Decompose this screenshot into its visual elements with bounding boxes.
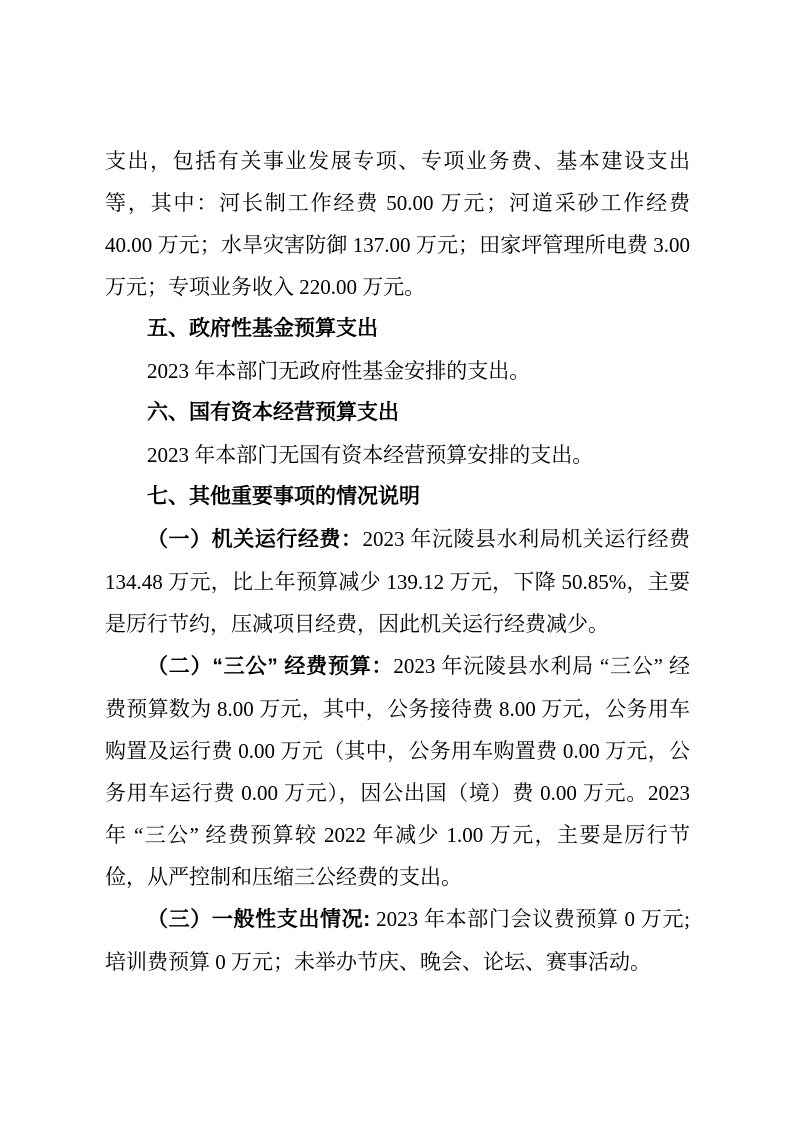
paragraph-three-public-funds-budget: （二）“三公” 经费预算：2023 年沅陵县水利局 “三公” 经费预算数为 8.… [105,645,690,898]
paragraph-state-capital-budget: 2023 年本部门无国有资本经营预算安排的支出。 [105,434,690,476]
lead-general-expenditure: （三）一般性支出情况: [147,908,370,931]
heading-section-five-gov-fund-budget: 五、政府性基金预算支出 [105,308,690,350]
paragraph-project-expenditure-detail: 支出，包括有关事业发展专项、专项业务费、基本建设支出等，其中：河长制工作经费 5… [105,140,690,308]
document-body: 支出，包括有关事业发展专项、专项业务费、基本建设支出等，其中：河长制工作经费 5… [105,140,690,983]
text-three-public-funds-budget: 2023 年沅陵县水利局 “三公” 经费预算数为 8.00 万元，其中，公务接待… [105,654,690,889]
paragraph-agency-operating-funds: （一）机关运行经费：2023 年沅陵县水利局机关运行经费 134.48 万元，比… [105,518,690,645]
heading-section-seven-other-important-matters: 七、其他重要事项的情况说明 [105,476,690,518]
lead-agency-operating-funds: （一）机关运行经费： [147,528,363,551]
lead-three-public-funds-budget: （二）“三公” 经费预算： [147,655,393,678]
paragraph-general-expenditure: （三）一般性支出情况: 2023 年本部门会议费预算 0 万元;培训费预算 0 … [105,898,690,983]
heading-section-six-state-capital-budget: 六、国有资本经营预算支出 [105,392,690,434]
document-page: 支出，包括有关事业发展专项、专项业务费、基本建设支出等，其中：河长制工作经费 5… [0,0,793,1122]
paragraph-gov-fund-budget: 2023 年本部门无政府性基金安排的支出。 [105,350,690,392]
